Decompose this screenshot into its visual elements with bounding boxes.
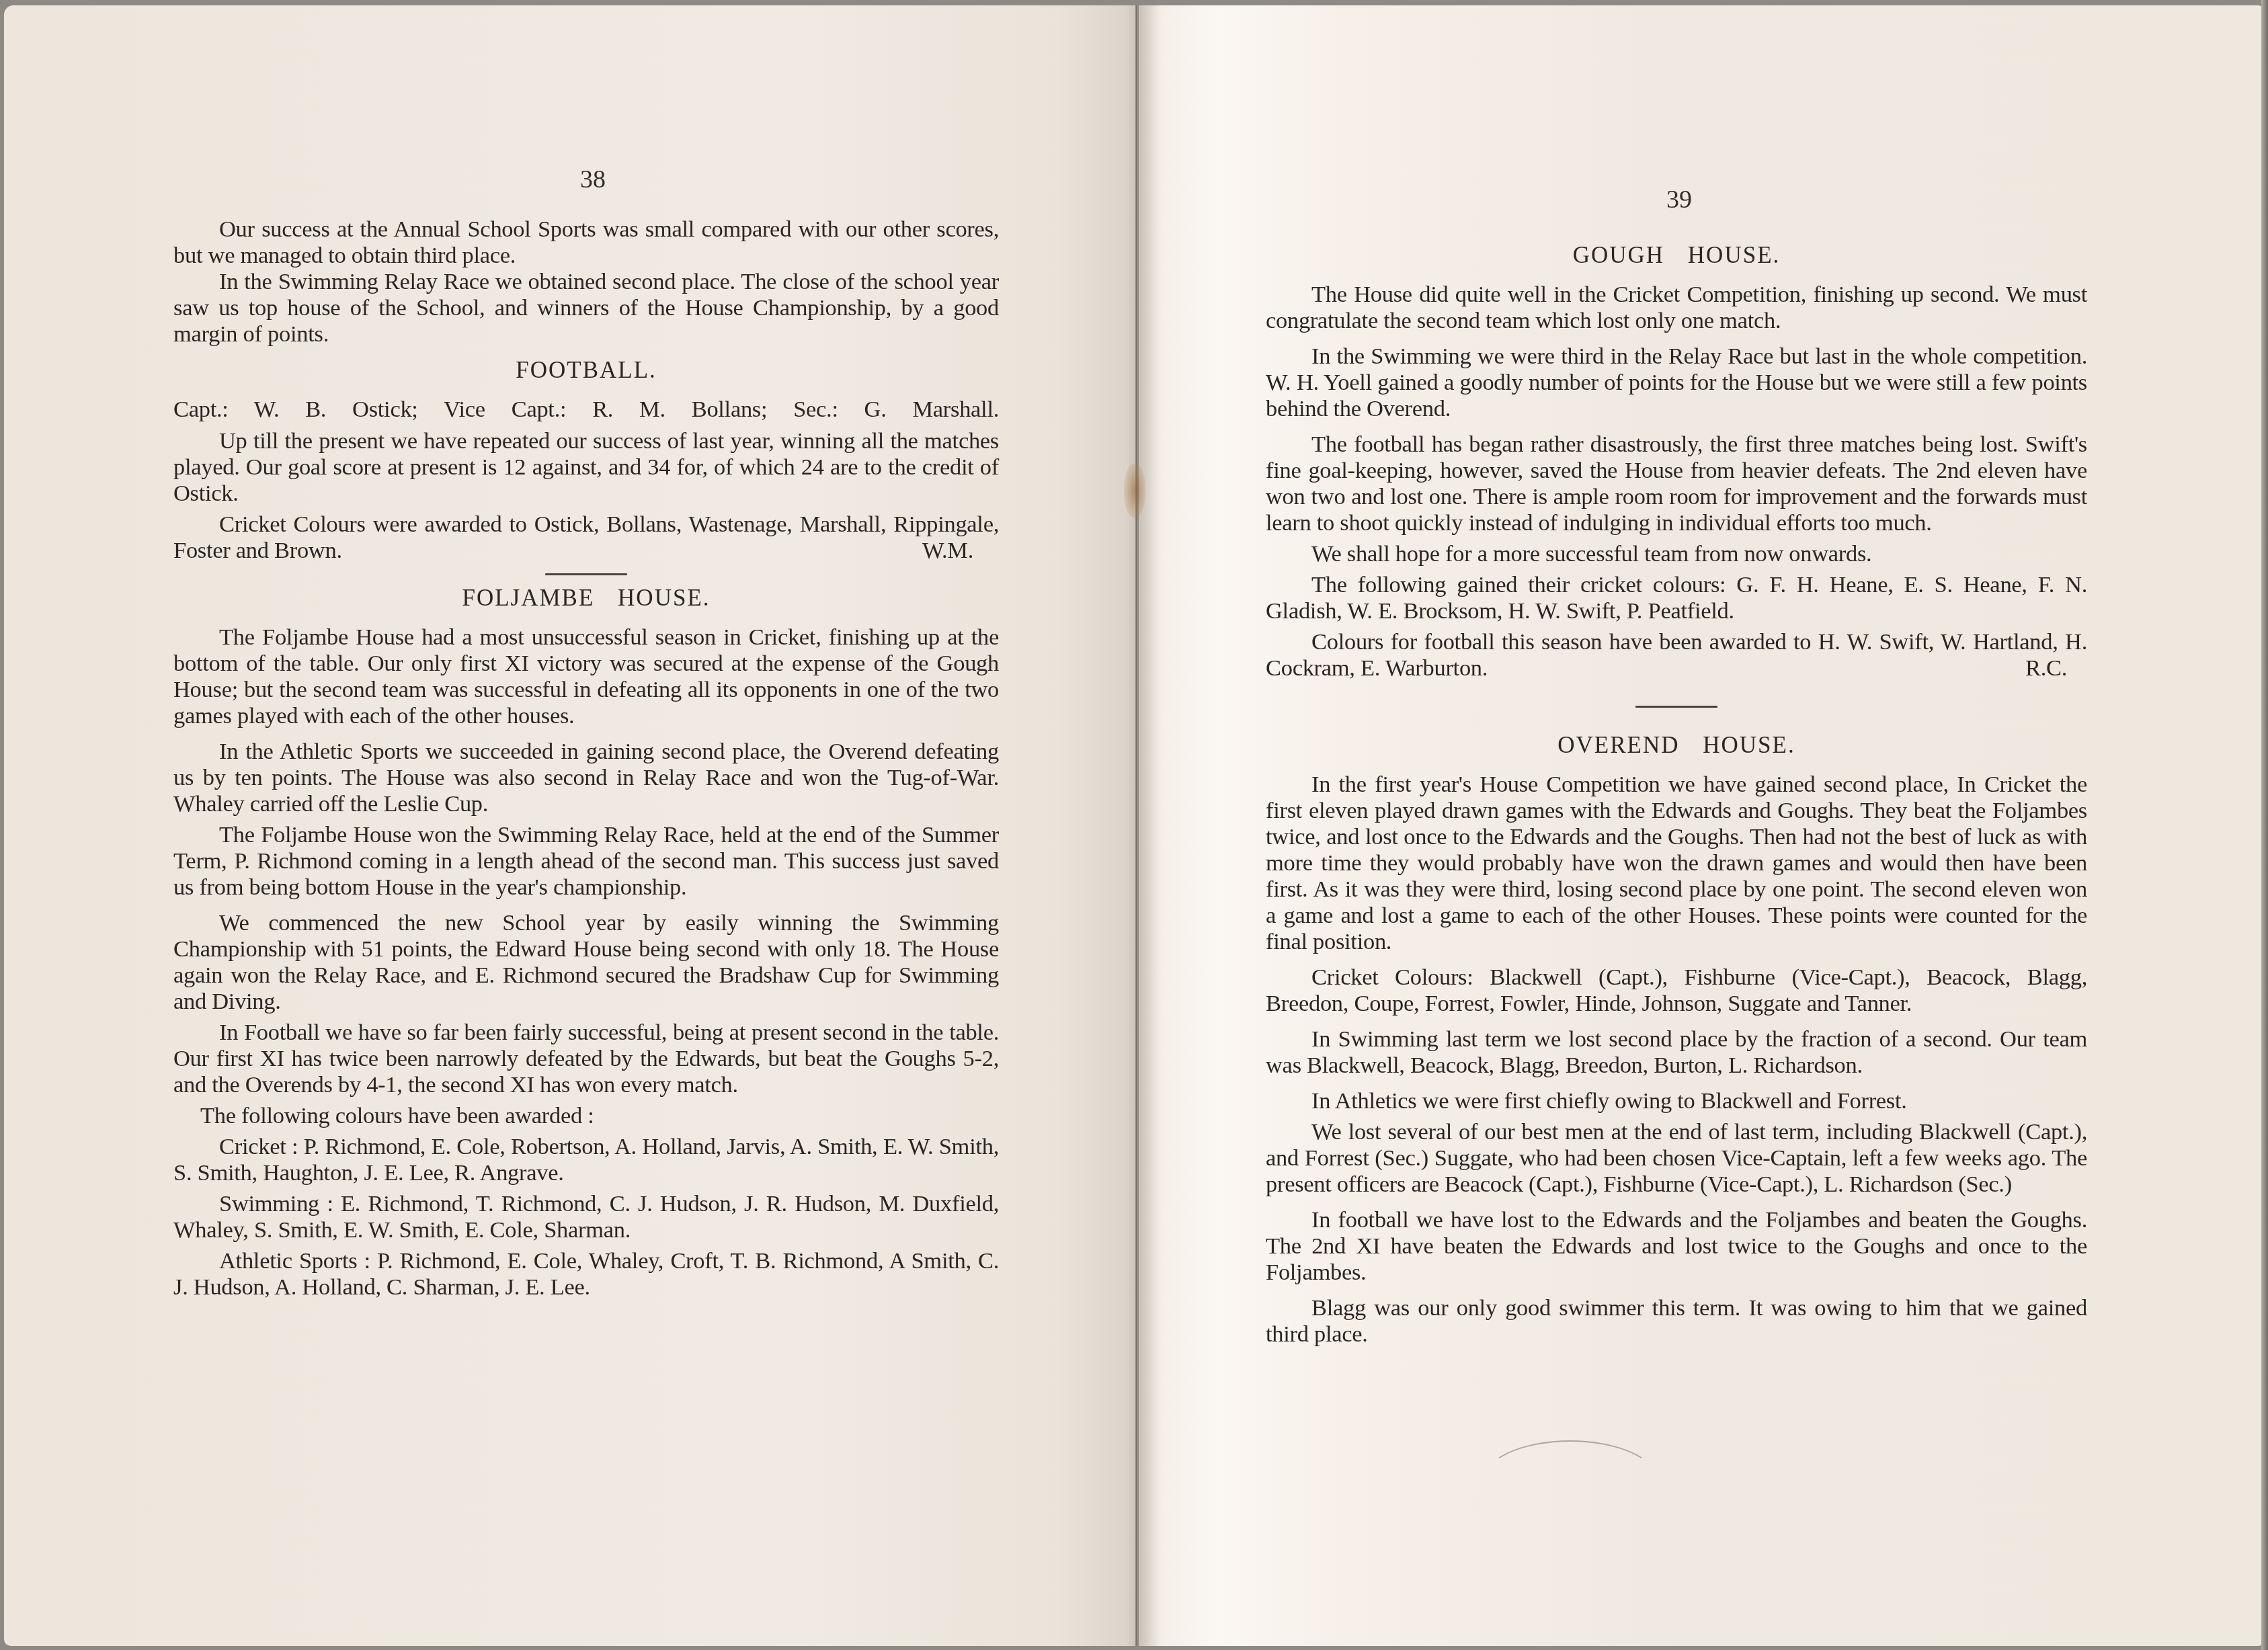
rust-stain	[1124, 464, 1145, 518]
left-page-text: Our success at the Annual School Sports …	[173, 216, 999, 1305]
football-officers: Capt.: W. B. Ostick; Vice Capt.: R. M. B…	[173, 397, 999, 423]
book-gutter	[1135, 5, 1138, 1646]
award-names: P. Richmond, E. Cole, Robertson, A. Holl…	[173, 1134, 999, 1186]
right-page-text: GOUGH HOUSE. The House did quite well in…	[1266, 237, 2087, 1352]
section-divider	[545, 573, 627, 575]
paragraph: Our success at the Annual School Sports …	[173, 216, 999, 269]
paragraph: We shall hope for a more successful team…	[1266, 541, 2087, 567]
cricket-colours-paragraph: Cricket Colours were awarded to Ostick, …	[173, 511, 999, 564]
paragraph: Cricket Colours: Blackwell (Capt.), Fish…	[1266, 964, 2087, 1017]
paragraph: We commenced the new School year by easi…	[173, 910, 999, 1015]
paragraph: The following gained their cricket colou…	[1266, 572, 2087, 624]
section-heading-overend: OVEREND HOUSE.	[1266, 732, 2087, 758]
section-divider	[1635, 706, 1717, 708]
paragraph: The Foljambe House won the Swimming Rela…	[173, 822, 999, 901]
colours-cricket: Cricket : P. Richmond, E. Cole, Robertso…	[173, 1134, 999, 1186]
football-colours-paragraph: Colours for football this season have be…	[1266, 629, 2087, 682]
paragraph: The Foljambe House had a most unsuccessf…	[173, 624, 999, 729]
paragraph: Blagg was our only good swimmer this ter…	[1266, 1295, 2087, 1348]
heading-word: GOUGH	[1573, 242, 1664, 268]
paragraph: We lost several of our best men at the e…	[1266, 1119, 2087, 1198]
section-heading-foljambe: FOLJAMBE HOUSE.	[173, 585, 999, 611]
section-heading-gough: GOUGH HOUSE.	[1266, 242, 2087, 268]
award-label: Athletic Sports :	[219, 1248, 370, 1274]
page-number-right: 39	[1639, 185, 1719, 214]
heading-word: FOLJAMBE	[462, 585, 594, 611]
heading-word: HOUSE.	[1703, 732, 1795, 758]
author-signature: W.M.	[877, 538, 973, 564]
colours-swimming: Swimming : E. Richmond, T. Richmond, C. …	[173, 1191, 999, 1243]
heading-word: HOUSE.	[618, 585, 710, 611]
award-label: Cricket :	[219, 1134, 298, 1159]
paragraph: In Athletics we were first chiefly owing…	[1266, 1088, 2087, 1114]
award-label: Swimming :	[219, 1191, 333, 1216]
paragraph: In Swimming last term we lost second pla…	[1266, 1026, 2087, 1079]
colours-intro: The following colours have been awarded …	[173, 1103, 999, 1129]
page-edge-shadow	[2261, 0, 2268, 1650]
paragraph: In football we have lost to the Edwards …	[1266, 1207, 2087, 1286]
paragraph: The football has began rather disastrous…	[1266, 431, 2087, 536]
paragraph: In the Swimming we were third in the Rel…	[1266, 343, 2087, 422]
heading-word: HOUSE.	[1688, 242, 1780, 268]
page-number-left: 38	[553, 165, 633, 194]
paragraph: In Football we have so far been fairly s…	[173, 1020, 999, 1098]
book-spread: 38 Our success at the Annual School Spor…	[0, 0, 2268, 1650]
paper-crease-mark	[1482, 1440, 1659, 1524]
author-signature: R.C.	[1980, 655, 2067, 682]
heading-word: OVEREND	[1557, 732, 1679, 758]
colours-text: Colours for football this season have be…	[1266, 629, 2087, 681]
paragraph: In the Athletic Sports we succeeded in g…	[173, 739, 999, 817]
paragraph: In the first year's House Competition we…	[1266, 772, 2087, 955]
paragraph: The House did quite well in the Cricket …	[1266, 282, 2087, 334]
paragraph: In the Swimming Relay Race we obtained s…	[173, 269, 999, 347]
colours-text: Cricket Colours were awarded to Ostick, …	[173, 511, 999, 563]
section-heading-football: FOOTBALL.	[173, 357, 999, 383]
paragraph: Up till the present we have repeated our…	[173, 428, 999, 507]
colours-athletic-sports: Athletic Sports : P. Richmond, E. Cole, …	[173, 1248, 999, 1301]
